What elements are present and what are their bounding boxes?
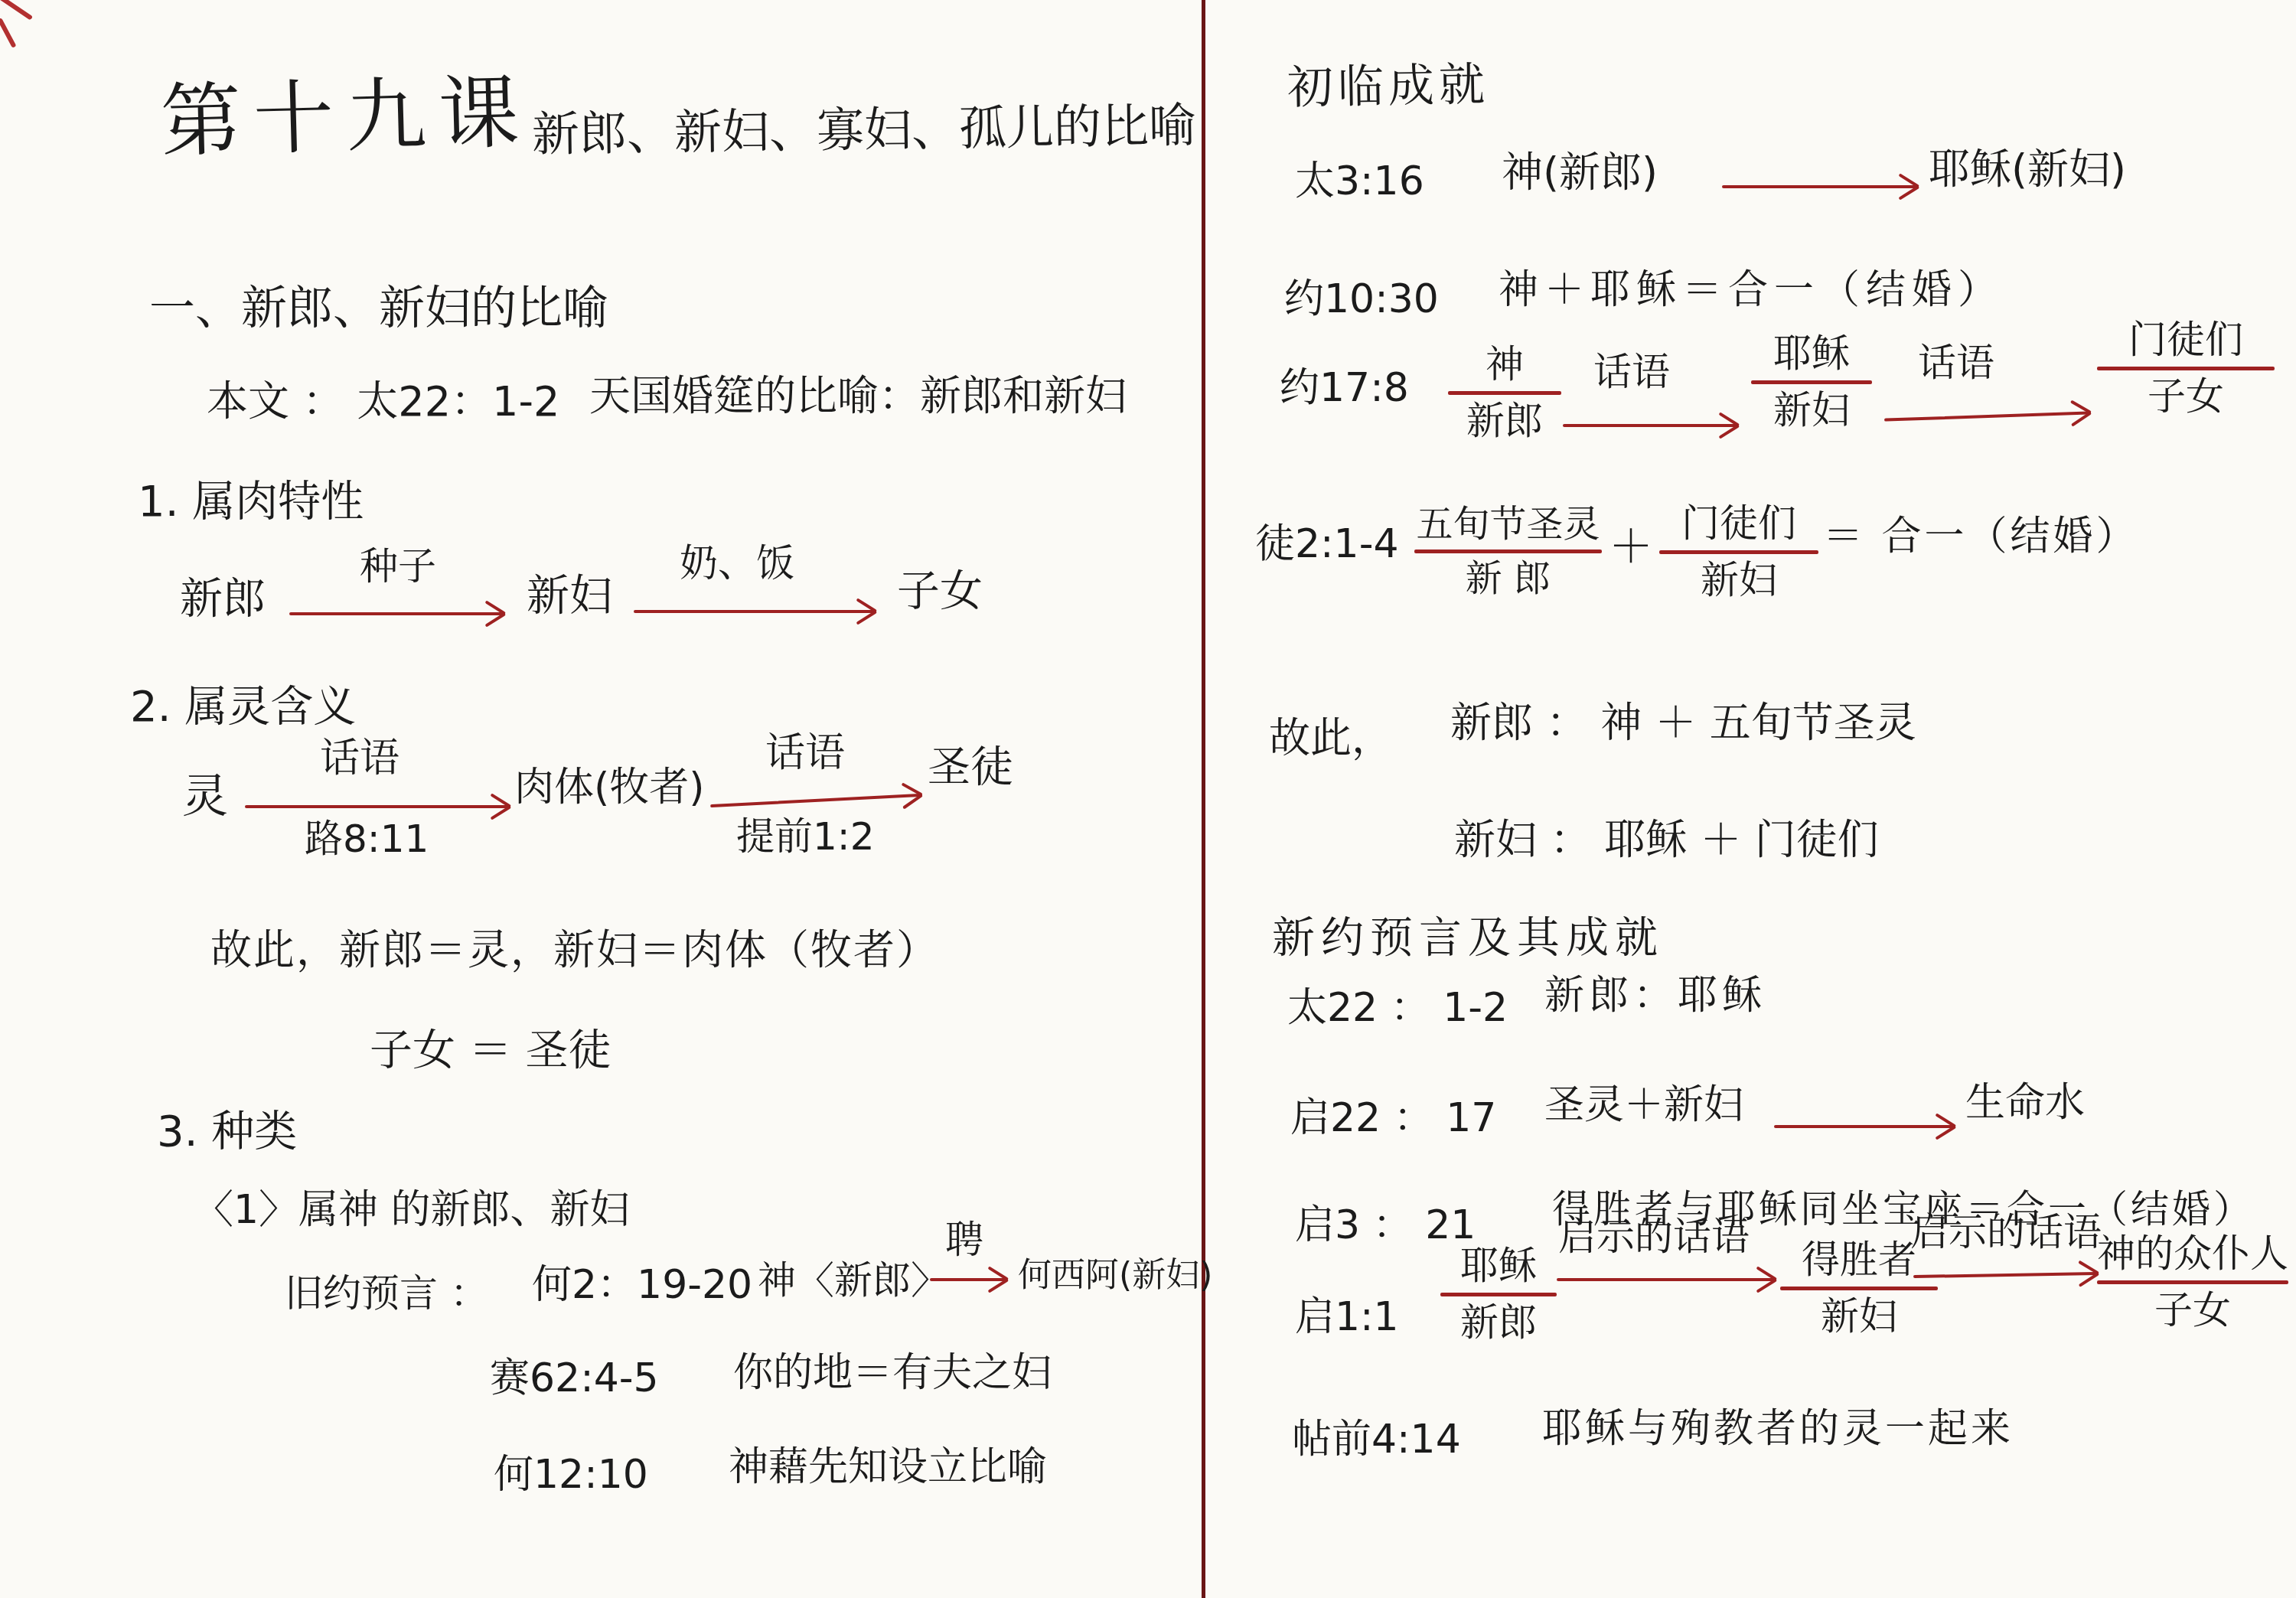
arrow-ref-luke: 路8:11 [305,817,429,860]
fraction-bar [1751,380,1872,384]
fraction-top: 得胜者 [1802,1240,1916,1280]
scripture-ref: 约10:30 [1284,277,1439,321]
fraction-bar [1448,391,1561,395]
fraction-bottom: 新郎 [1460,1303,1537,1343]
arrow-right-icon [710,794,921,807]
scripture-ref: 何12:10 [494,1453,648,1497]
stray-red-ink-mark [0,0,33,21]
arrow-label-word: 话语 [1918,341,1994,384]
nt-prophecy-heading: 新约预言及其成就 [1272,915,1664,963]
note-text: 耶稣与殉教者的灵一起来 [1542,1407,2014,1451]
arrow-label-word: 话语 [765,731,845,775]
stray-red-ink-mark [0,18,17,48]
scripture-ref: 太22 ： 1-2 [1287,986,1508,1030]
arrow-right-icon [245,805,509,808]
arrow-label-revealed-word: 启示的话语 [1558,1215,1750,1258]
fraction-bottom: 子女 [2154,1290,2231,1331]
note-text: 神藉先知设立比喻 [729,1445,1047,1489]
note-text: 天国婚筵的比喻：新郎和新妇 [589,373,1127,419]
scripture-ref: 帖前4:14 [1292,1417,1461,1462]
fraction-bottom: 新妇 [1773,390,1850,431]
fraction-top: 门徒们 [2128,320,2243,360]
arrow-label-milk-rice: 奶、饭 [680,542,794,585]
fraction-bar [1780,1287,1938,1290]
diagram-node-flesh-shepherd: 肉体(牧者) [514,765,705,810]
fraction-bottom: 新妇 [1701,560,1777,601]
scripture-ref: 徒2:1-4 [1255,522,1399,566]
diagram-node-water-of-life: 生命水 [1965,1081,2085,1125]
arrow-right-icon [1722,185,1917,188]
scripture-ref: 启22 ： 17 [1290,1096,1496,1140]
fraction-bar [2097,1280,2288,1284]
note-text: 新郎：耶稣 [1544,973,1766,1018]
diagram-node-spirit: 灵 [182,771,228,823]
therefore-line: 新郎 ： 神 ＋ 五旬节圣灵 [1450,700,1916,746]
fraction-bottom: 新 郎 [1466,559,1551,598]
arrow-right-icon [1563,424,1737,427]
fraction-bar [1659,550,1818,554]
arrow-right-icon [1557,1278,1775,1281]
fraction-disciples-over-children: 门徒们 子女 [2097,320,2275,416]
equation-text: ＝ 合一（结婚） [1823,514,2139,559]
fraction-top: 耶稣 [1460,1246,1537,1287]
handwritten-notes-page: 第十九课 新郎、新妇、寡妇、孤儿的比喻 一、新郎、新妇的比喻 本文 ： 太22：… [0,0,2296,1598]
scripture-ref: 太3:16 [1295,159,1424,204]
fraction-bar [2097,367,2275,370]
scripture-ref: 何2：19-20 [532,1263,752,1307]
page-divider-line [1202,0,1205,1598]
fraction-bottom: 新妇 [1821,1296,1897,1337]
fraction-jesus-over-bride: 耶稣 新妇 [1751,334,1872,430]
fraction-top: 神的众仆人 [2097,1234,2288,1274]
fraction-pentecost-over-bridegroom: 五旬节圣灵 新 郎 [1414,505,1602,598]
arrow-label-word: 话语 [1593,351,1670,393]
fraction-top: 神 [1486,344,1524,385]
kinds-item-heading: 〈1〉属神 的新郎、新妇 [194,1188,630,1232]
lesson-number: 第十九课 [160,68,533,168]
arrow-right-icon [289,612,504,615]
spirit-heading: 2. 属灵含义 [130,683,356,732]
therefore-line: 新妇 ： 耶稣 ＋ 门徒们 [1454,817,1879,863]
fraction-top: 五旬节圣灵 [1416,505,1600,543]
arrow-label-word: 话语 [320,736,400,781]
fraction-disciples-over-bride: 门徒们 新妇 [1659,504,1818,600]
diagram-node-jesus-bride: 耶稣(新妇) [1929,147,2126,193]
fraction-bar [1414,550,1602,553]
first-coming-heading: 初临成就 [1287,60,1489,115]
conclusion-line: 子女 ＝ 圣徒 [370,1027,612,1075]
arrow-right-icon [634,610,875,613]
diagram-node-hosea-bride: 何西阿(新妇) [1018,1257,1212,1294]
scripture-ref: 启1:1 [1295,1295,1399,1339]
fraction-bottom: 子女 [2148,377,2224,417]
arrow-label-betroth: 聘 [945,1218,983,1261]
diagram-node-saints: 圣徒 [928,744,1013,792]
note-text: 你的地＝有夫之妇 [733,1351,1052,1395]
arrow-right-icon [1884,411,2089,421]
flesh-heading: 1. 属肉特性 [138,478,364,527]
fraction-jesus-over-bridegroom: 耶稣 新郎 [1440,1246,1557,1342]
arrow-right-icon [1913,1272,2097,1278]
plus-sign: ＋ [1609,522,1653,572]
arrow-label-revealed-word: 启示的话语 [1910,1211,2102,1254]
lesson-title: 新郎、新妇、寡妇、孤儿的比喻 [532,99,1197,161]
scripture-ref: 启3 ： 21 [1295,1203,1476,1247]
scripture-ref: 赛62:4-5 [490,1356,659,1401]
diagram-node-spirit-bride: 圣灵＋新妇 [1544,1083,1743,1127]
section-one-heading: 一、新郎、新妇的比喻 [149,283,608,334]
scripture-ref: 约17:8 [1280,366,1409,410]
diagram-node-bridegroom: 新郎 [180,576,266,624]
fraction-bar [1440,1293,1557,1296]
conclusion-line: 故此，新郎＝灵，新妇＝肉体（牧者） [210,928,939,973]
arrow-label-seed: 种子 [360,545,436,588]
fraction-servants-over-children: 神的众仆人 子女 [2097,1234,2288,1330]
arrow-right-icon [930,1278,1006,1281]
fraction-god-over-bridegroom: 神 新郎 [1448,344,1561,441]
therefore-label: 故此， [1269,716,1393,761]
kinds-heading: 3. 种类 [157,1108,297,1156]
fraction-top: 门徒们 [1681,504,1796,544]
ot-prophecy-label: 旧约预言 ： [285,1272,488,1315]
equation-text: 神＋耶稣＝合一（结婚） [1499,268,2004,312]
diagram-node-god-bridegroom: 神(新郎) [1502,150,1658,196]
arrow-right-icon [1774,1125,1954,1128]
fraction-top: 耶稣 [1773,334,1850,374]
scripture-ref: 本文 ： 太22：1-2 [207,379,559,425]
diagram-node-children: 子女 [897,568,983,616]
arrow-ref-timothy: 提前1:2 [736,815,874,858]
fraction-bottom: 新郎 [1466,401,1543,442]
diagram-node-bride: 新妇 [527,572,612,621]
diagram-node-god-bridegroom: 神〈新郎〉 [758,1259,949,1302]
